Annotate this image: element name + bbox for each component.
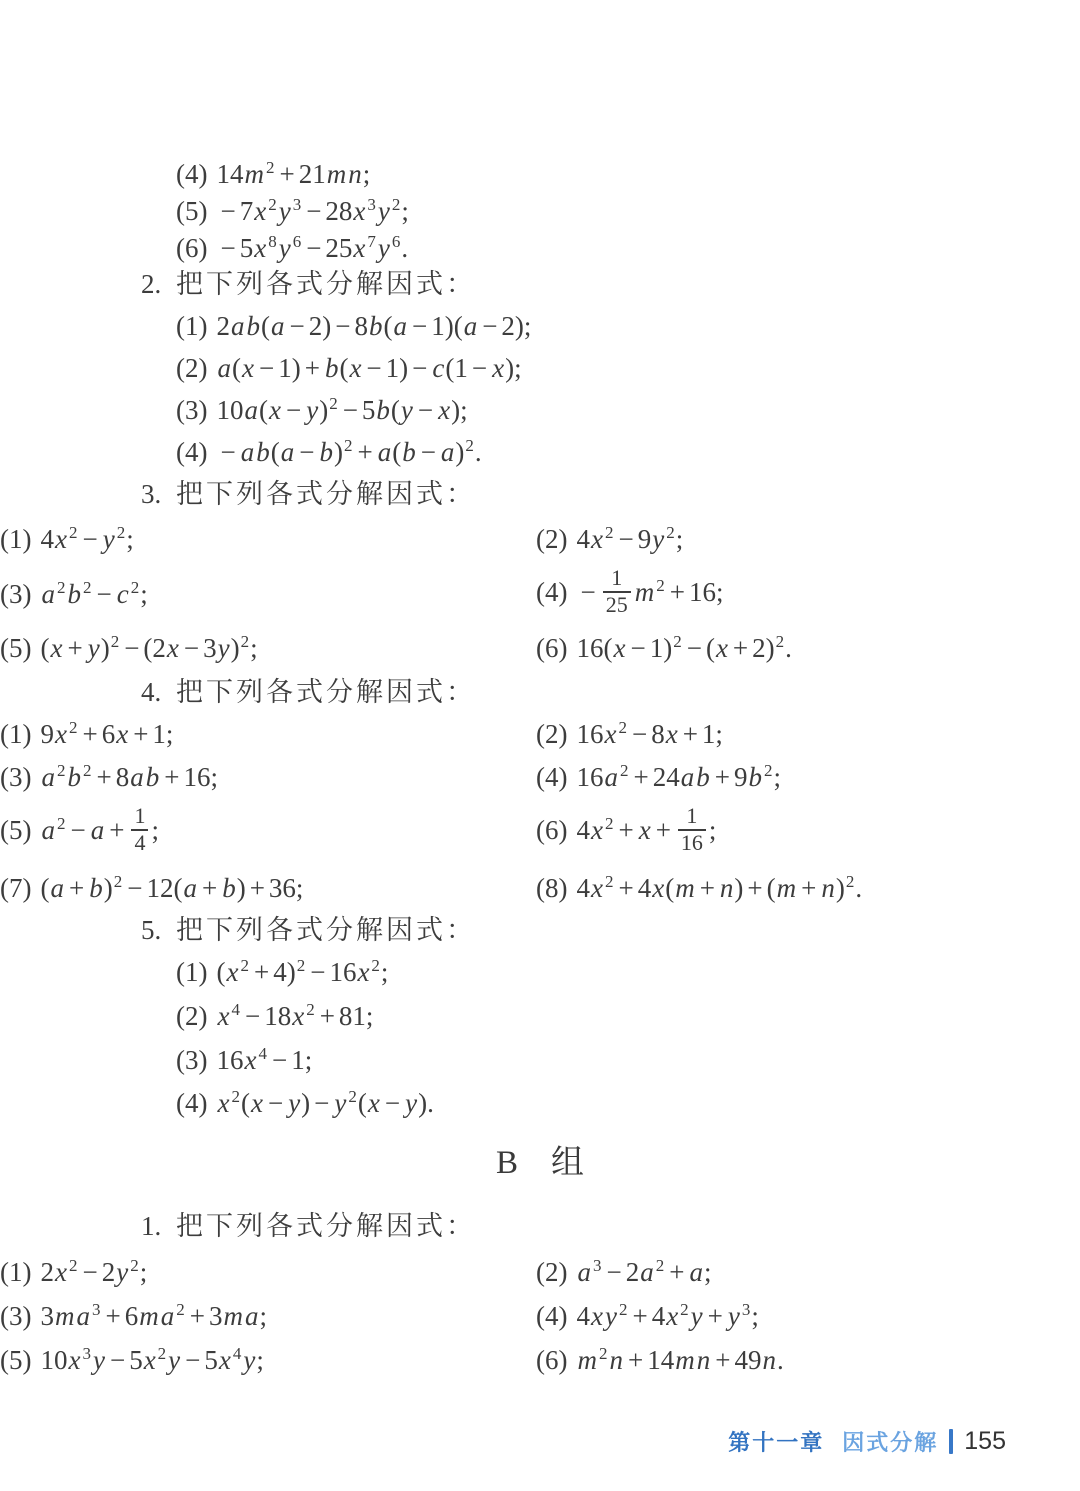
math-expression: a3−2a2+a; bbox=[576, 1257, 711, 1287]
superscript: 2 bbox=[158, 1344, 167, 1363]
superscript: 3 bbox=[742, 1300, 751, 1319]
problem-heading: 2.把下列各式分解因式： bbox=[0, 264, 1080, 306]
problem-1-items: (4)14m2+21mn;(5)−7x2y3−28x3y2;(6)−5x8y6−… bbox=[0, 156, 1080, 267]
operator: + bbox=[105, 1301, 120, 1331]
exercise-row: (5)a2−a+14;(6)4x2+x+116; bbox=[0, 800, 1080, 866]
superscript: 2 bbox=[57, 814, 66, 833]
superscript: 4 bbox=[258, 1044, 267, 1063]
math-expression: m2n+14mn+49n. bbox=[576, 1345, 783, 1375]
item-label: (1) bbox=[176, 311, 207, 341]
math-expression: 2x2−2y2; bbox=[40, 1257, 147, 1287]
item-label: (5) bbox=[0, 633, 31, 663]
superscript: 2 bbox=[83, 761, 92, 780]
math-expression: a2b2−c2; bbox=[40, 579, 147, 609]
exercise-item: (4)−125m2+16; bbox=[536, 569, 723, 620]
footer-divider-bar bbox=[949, 1429, 953, 1454]
operator: − bbox=[96, 579, 111, 609]
fraction-denominator: 16 bbox=[678, 829, 706, 856]
operator: − bbox=[306, 233, 321, 263]
operator: + bbox=[618, 873, 633, 903]
exercise-row: (1)(x2+4)2−16x2; bbox=[0, 951, 1080, 995]
operator: − bbox=[259, 353, 274, 383]
exercise-item: (4)14m2+21mn; bbox=[176, 160, 370, 190]
exercise-row: (4)−ab(a−b)2+a(b−a)2. bbox=[0, 432, 1080, 474]
exercise-item: (5)10x3y−5x2y−5x4y; bbox=[0, 1346, 264, 1376]
superscript: 2 bbox=[348, 1087, 357, 1106]
operator: + bbox=[69, 873, 84, 903]
fraction-denominator: 25 bbox=[603, 591, 631, 618]
operator: + bbox=[683, 719, 698, 749]
item-label: (7) bbox=[0, 873, 31, 903]
superscript: 4 bbox=[231, 1000, 240, 1019]
exercise-row: (3)a2b2−c2;(4)−125m2+16; bbox=[0, 563, 1080, 626]
exercise-item: (1)9x2+6x+1; bbox=[0, 720, 173, 750]
exercise-item: (7)(a+b)2−12(a+b)+36; bbox=[0, 874, 303, 904]
math-expression: 2ab(a−2)−8b(a−1)(a−2); bbox=[216, 311, 531, 341]
superscript: 2 bbox=[176, 1300, 185, 1319]
operator: − bbox=[82, 524, 97, 554]
exercise-item: (2)16x2−8x+1; bbox=[536, 720, 723, 750]
math-expression: 10a(x−y)2−5b(y−x); bbox=[216, 395, 467, 425]
group-b-problem-1: 1.把下列各式分解因式：(1)2x2−2y2;(2)a3−2a2+a;(3)3m… bbox=[0, 1203, 1080, 1383]
superscript: 2 bbox=[57, 578, 66, 597]
superscript: 2 bbox=[666, 523, 675, 542]
superscript: 2 bbox=[392, 195, 401, 214]
footer-chapter-title: 第十一章 bbox=[728, 1426, 824, 1457]
superscript: 2 bbox=[673, 632, 682, 651]
item-label: (1) bbox=[0, 1257, 31, 1287]
problem-number: 4. bbox=[141, 678, 176, 708]
superscript: 3 bbox=[82, 1344, 91, 1363]
math-expression: 10x3y−5x2y−5x4y; bbox=[40, 1345, 263, 1375]
operator: + bbox=[67, 633, 82, 663]
item-label: (2) bbox=[536, 719, 567, 749]
operator: + bbox=[715, 762, 730, 792]
math-expression: −7x2y3−28x3y2; bbox=[216, 196, 408, 226]
item-label: (5) bbox=[0, 815, 31, 845]
superscript: 2 bbox=[465, 436, 474, 455]
superscript: 6 bbox=[293, 232, 302, 251]
problem-heading: 4.把下列各式分解因式： bbox=[0, 672, 1080, 713]
item-label: (6) bbox=[536, 815, 567, 845]
math-expression: 4x2+4x(m+n)+(m+n)2. bbox=[576, 873, 862, 903]
operator: − bbox=[289, 311, 304, 341]
operator: − bbox=[618, 524, 633, 554]
operator: − bbox=[220, 437, 235, 467]
operator: − bbox=[245, 1001, 260, 1031]
fraction-numerator: 1 bbox=[683, 804, 700, 829]
exercise-item: (3)16x4−1; bbox=[176, 1046, 312, 1076]
item-label: (6) bbox=[536, 633, 567, 663]
math-expression: 16x2−8x+1; bbox=[576, 719, 722, 749]
item-label: (3) bbox=[0, 1301, 31, 1331]
operator: − bbox=[412, 311, 427, 341]
problem-number: 3. bbox=[141, 480, 176, 510]
operator: − bbox=[184, 633, 199, 663]
exercise-item: (4)−ab(a−b)2+a(b−a)2. bbox=[176, 438, 482, 468]
operator: + bbox=[633, 762, 648, 792]
exercise-row: (5)10x3y−5x2y−5x4y;(6)m2n+14mn+49n. bbox=[0, 1339, 1080, 1383]
superscript: 2 bbox=[131, 578, 140, 597]
math-expression: 4x2−9y2; bbox=[576, 524, 683, 554]
math-expression: a2b2+8ab+16; bbox=[40, 762, 217, 792]
exercise-row: (7)(a+b)2−12(a+b)+36;(8)4x2+4x(m+n)+(m+n… bbox=[0, 866, 1080, 911]
item-label: (6) bbox=[536, 1345, 567, 1375]
math-expression: 4xy2+4x2y+y3; bbox=[576, 1301, 758, 1331]
item-label: (3) bbox=[176, 1045, 207, 1075]
math-expression: x4−18x2+81; bbox=[216, 1001, 373, 1031]
textbook-page: (4)14m2+21mn;(5)−7x2y3−28x3y2;(6)−5x8y6−… bbox=[0, 0, 1080, 1491]
operator: − bbox=[220, 196, 235, 226]
superscript: 2 bbox=[57, 761, 66, 780]
operator: + bbox=[82, 719, 97, 749]
operator: + bbox=[190, 1301, 205, 1331]
math-expression: a2−a+14; bbox=[40, 815, 158, 845]
exercise-row: (1)9x2+6x+1;(2)16x2−8x+1; bbox=[0, 713, 1080, 756]
operator: − bbox=[286, 395, 301, 425]
fraction-denominator: 4 bbox=[131, 829, 148, 856]
superscript: 2 bbox=[241, 632, 250, 651]
math-expression: −ab(a−b)2+a(b−a)2. bbox=[216, 437, 481, 467]
superscript: 2 bbox=[618, 718, 627, 737]
superscript: 2 bbox=[605, 523, 614, 542]
superscript: 2 bbox=[619, 1300, 628, 1319]
superscript: 2 bbox=[764, 761, 773, 780]
exercise-item: (1)(x2+4)2−16x2; bbox=[176, 958, 388, 988]
superscript: 3 bbox=[293, 195, 302, 214]
operator: + bbox=[279, 159, 294, 189]
superscript: 2 bbox=[605, 814, 614, 833]
operator: + bbox=[618, 815, 633, 845]
operator: − bbox=[272, 1045, 287, 1075]
superscript: 2 bbox=[344, 436, 353, 455]
superscript: 2 bbox=[130, 1256, 139, 1275]
item-label: (2) bbox=[176, 353, 207, 383]
exercise-row: (2)a(x−1)+b(x−1)−c(1−x); bbox=[0, 348, 1080, 390]
group-b-heading: B 组 bbox=[0, 1136, 1080, 1183]
operator: + bbox=[96, 762, 111, 792]
superscript: 6 bbox=[392, 232, 401, 251]
operator: − bbox=[630, 633, 645, 663]
problem-5: 5.把下列各式分解因式：(1)(x2+4)2−16x2;(2)x4−18x2+8… bbox=[0, 911, 1080, 1125]
superscript: 2 bbox=[306, 1000, 315, 1019]
problem-prompt: 把下列各式分解因式： bbox=[176, 916, 476, 946]
exercise-row: (1)4x2−y2;(2)4x2−9y2; bbox=[0, 516, 1080, 563]
math-expression: 16a2+24ab+9b2; bbox=[576, 762, 780, 792]
operator: + bbox=[747, 873, 762, 903]
problem-heading: 5.把下列各式分解因式： bbox=[0, 911, 1080, 951]
item-label: (4) bbox=[536, 1301, 567, 1331]
exercise-item: (6)4x2+x+116; bbox=[536, 807, 716, 858]
operator: + bbox=[164, 762, 179, 792]
problem-number: 1. bbox=[141, 1212, 176, 1242]
math-expression: x2(x−y)−y2(x−y). bbox=[216, 1088, 433, 1118]
superscript: 2 bbox=[114, 872, 123, 891]
problem-4: 4.把下列各式分解因式：(1)9x2+6x+1;(2)16x2−8x+1;(3)… bbox=[0, 672, 1080, 911]
superscript: 2 bbox=[297, 956, 306, 975]
problem-prompt: 把下列各式分解因式： bbox=[176, 270, 476, 300]
fraction: 125 bbox=[603, 566, 631, 617]
operator: − bbox=[110, 1345, 125, 1375]
operator: − bbox=[127, 873, 142, 903]
superscript: 2 bbox=[266, 158, 275, 177]
exercise-item: (2)a3−2a2+a; bbox=[536, 1258, 711, 1288]
exercise-item: (3)a2b2+8ab+16; bbox=[0, 763, 218, 793]
exercise-item: (1)2x2−2y2; bbox=[0, 1258, 147, 1288]
operator: − bbox=[70, 815, 85, 845]
math-expression: 4x2−y2; bbox=[40, 524, 133, 554]
item-label: (1) bbox=[176, 957, 207, 987]
superscript: 4 bbox=[233, 1344, 242, 1363]
superscript: 2 bbox=[599, 1344, 608, 1363]
exercise-item: (8)4x2+4x(m+n)+(m+n)2. bbox=[536, 874, 862, 904]
operator: + bbox=[305, 353, 320, 383]
operator: + bbox=[801, 873, 816, 903]
exercise-row: (3)10a(x−y)2−5b(y−x); bbox=[0, 390, 1080, 432]
operator: − bbox=[472, 353, 487, 383]
math-expression: 14m2+21mn; bbox=[216, 159, 370, 189]
math-expression: a(x−1)+b(x−1)−c(1−x); bbox=[216, 353, 521, 383]
math-expression: (x+y)2−(2x−3y)2; bbox=[40, 633, 257, 663]
item-label: (4) bbox=[176, 159, 207, 189]
superscript: 2 bbox=[111, 632, 120, 651]
footer-section-title: 因式分解 bbox=[842, 1426, 938, 1457]
operator: + bbox=[656, 815, 671, 845]
operator: + bbox=[708, 1301, 723, 1331]
exercise-row: (5)(x+y)2−(2x−3y)2;(6)16(x−1)2−(x+2)2. bbox=[0, 626, 1080, 671]
exercise-item: (3)10a(x−y)2−5b(y−x); bbox=[176, 396, 468, 426]
superscript: 3 bbox=[593, 1256, 602, 1275]
math-expression: 16x4−1; bbox=[216, 1045, 312, 1075]
problem-number: 2. bbox=[141, 270, 176, 300]
exercise-item: (1)2ab(a−2)−8b(a−1)(a−2); bbox=[176, 312, 531, 342]
superscript: 3 bbox=[367, 195, 376, 214]
problem-number: 5. bbox=[141, 916, 176, 946]
exercise-item: (2)4x2−9y2; bbox=[536, 525, 683, 555]
exercise-item: (6)16(x−1)2−(x+2)2. bbox=[536, 634, 792, 664]
superscript: 2 bbox=[117, 523, 126, 542]
operator: − bbox=[580, 577, 595, 607]
operator: + bbox=[202, 873, 217, 903]
superscript: 8 bbox=[268, 232, 277, 251]
operator: − bbox=[606, 1257, 621, 1287]
operator: + bbox=[632, 1301, 647, 1331]
math-expression: 3ma3+6ma2+3ma; bbox=[40, 1301, 266, 1331]
operator: − bbox=[366, 353, 381, 383]
operator: − bbox=[306, 196, 321, 226]
item-label: (8) bbox=[536, 873, 567, 903]
exercise-row: (3)16x4−1; bbox=[0, 1039, 1080, 1082]
problem-heading: 1.把下列各式分解因式： bbox=[0, 1203, 1080, 1251]
operator: − bbox=[343, 395, 358, 425]
item-label: (3) bbox=[176, 395, 207, 425]
problem-3: 3.把下列各式分解因式：(1)4x2−y2;(2)4x2−9y2;(3)a2b2… bbox=[0, 474, 1080, 671]
operator: + bbox=[320, 1001, 335, 1031]
exercise-row: (2)x4−18x2+81; bbox=[0, 995, 1080, 1039]
problem-prompt: 把下列各式分解因式： bbox=[176, 480, 476, 510]
page-footer: 第十一章 因式分解 155 bbox=[728, 1427, 1006, 1455]
exercise-row: (3)3ma3+6ma2+3ma;(4)4xy2+4x2y+y3; bbox=[0, 1295, 1080, 1339]
operator: − bbox=[268, 1088, 283, 1118]
operator: − bbox=[185, 1345, 200, 1375]
superscript: 2 bbox=[846, 872, 855, 891]
superscript: 2 bbox=[83, 578, 92, 597]
superscript: 2 bbox=[656, 576, 665, 595]
superscript: 2 bbox=[371, 956, 380, 975]
problem-prompt: 把下列各式分解因式： bbox=[176, 1212, 476, 1242]
operator: − bbox=[314, 1088, 329, 1118]
exercise-item: (6)−5x8y6−25x7y6. bbox=[176, 234, 408, 264]
superscript: 7 bbox=[367, 232, 376, 251]
exercise-row: (6)−5x8y6−25x7y6. bbox=[0, 230, 1080, 267]
exercise-item: (5)−7x2y3−28x3y2; bbox=[176, 197, 409, 227]
math-expression: 4x2+x+116; bbox=[576, 815, 716, 845]
exercise-item: (2)a(x−1)+b(x−1)−c(1−x); bbox=[176, 354, 522, 384]
item-label: (2) bbox=[176, 1001, 207, 1031]
item-label: (3) bbox=[0, 579, 31, 609]
exercise-item: (2)x4−18x2+81; bbox=[176, 1002, 373, 1032]
item-label: (1) bbox=[0, 524, 31, 554]
math-expression: −5x8y6−25x7y6. bbox=[216, 233, 408, 263]
exercise-item: (5)a2−a+14; bbox=[0, 807, 159, 858]
operator: − bbox=[421, 437, 436, 467]
exercise-row: (1)2x2−2y2;(2)a3−2a2+a; bbox=[0, 1251, 1080, 1295]
superscript: 2 bbox=[231, 1087, 240, 1106]
operator: + bbox=[628, 1345, 643, 1375]
exercise-item: (4)4xy2+4x2y+y3; bbox=[536, 1302, 759, 1332]
superscript: 3 bbox=[92, 1300, 101, 1319]
superscript: 2 bbox=[69, 718, 78, 737]
item-label: (6) bbox=[176, 233, 207, 263]
operator: − bbox=[220, 233, 235, 263]
operator: + bbox=[109, 815, 124, 845]
item-label: (5) bbox=[0, 1345, 31, 1375]
operator: + bbox=[357, 437, 372, 467]
operator: − bbox=[687, 633, 702, 663]
exercise-row: (4)14m2+21mn; bbox=[0, 156, 1080, 193]
operator: − bbox=[335, 311, 350, 341]
superscript: 2 bbox=[656, 1256, 665, 1275]
exercise-item: (3)3ma3+6ma2+3ma; bbox=[0, 1302, 267, 1332]
operator: + bbox=[733, 633, 748, 663]
math-expression: (x2+4)2−16x2; bbox=[216, 957, 388, 987]
operator: − bbox=[418, 395, 433, 425]
operator: + bbox=[254, 957, 269, 987]
fraction: 14 bbox=[131, 804, 148, 855]
superscript: 2 bbox=[240, 956, 249, 975]
item-label: (4) bbox=[536, 577, 567, 607]
exercise-item: (6)m2n+14mn+49n. bbox=[536, 1346, 784, 1376]
operator: + bbox=[133, 719, 148, 749]
exercise-item: (1)4x2−y2; bbox=[0, 525, 134, 555]
superscript: 2 bbox=[69, 1256, 78, 1275]
operator: − bbox=[412, 353, 427, 383]
superscript: 2 bbox=[620, 761, 629, 780]
exercise-row: (1)2ab(a−2)−8b(a−1)(a−2); bbox=[0, 306, 1080, 348]
superscript: 2 bbox=[605, 872, 614, 891]
math-expression: 9x2+6x+1; bbox=[40, 719, 173, 749]
math-expression: (a+b)2−12(a+b)+36; bbox=[40, 873, 303, 903]
item-label: (2) bbox=[536, 1257, 567, 1287]
math-expression: −125m2+16; bbox=[576, 577, 723, 607]
fraction-numerator: 1 bbox=[608, 566, 625, 591]
exercise-row: (5)−7x2y3−28x3y2; bbox=[0, 193, 1080, 230]
math-expression: 16(x−1)2−(x+2)2. bbox=[576, 633, 791, 663]
operator: − bbox=[124, 633, 139, 663]
operator: − bbox=[310, 957, 325, 987]
fraction-numerator: 1 bbox=[131, 804, 148, 829]
item-label: (1) bbox=[0, 719, 31, 749]
problem-heading: 3.把下列各式分解因式： bbox=[0, 474, 1080, 516]
exercise-item: (4)16a2+24ab+9b2; bbox=[536, 763, 781, 793]
operator: − bbox=[482, 311, 497, 341]
fraction: 116 bbox=[678, 804, 706, 855]
page-number: 155 bbox=[964, 1427, 1006, 1456]
operator: + bbox=[250, 873, 265, 903]
superscript: 2 bbox=[680, 1300, 689, 1319]
problem-prompt: 把下列各式分解因式： bbox=[176, 678, 476, 708]
item-label: (3) bbox=[0, 762, 31, 792]
exercise-item: (3)a2b2−c2; bbox=[0, 580, 148, 610]
operator: − bbox=[385, 1088, 400, 1118]
superscript: 2 bbox=[69, 523, 78, 542]
exercise-row: (3)a2b2+8ab+16;(4)16a2+24ab+9b2; bbox=[0, 756, 1080, 800]
operator: − bbox=[299, 437, 314, 467]
item-label: (4) bbox=[176, 1088, 207, 1118]
operator: + bbox=[669, 1257, 684, 1287]
operator: + bbox=[670, 577, 685, 607]
operator: − bbox=[632, 719, 647, 749]
exercise-row: (4)x2(x−y)−y2(x−y). bbox=[0, 1082, 1080, 1125]
item-label: (4) bbox=[176, 437, 207, 467]
superscript: 2 bbox=[329, 394, 338, 413]
operator: − bbox=[82, 1257, 97, 1287]
operator: + bbox=[715, 1345, 730, 1375]
exercise-item: (4)x2(x−y)−y2(x−y). bbox=[176, 1089, 434, 1119]
problem-2: 2.把下列各式分解因式：(1)2ab(a−2)−8b(a−1)(a−2);(2)… bbox=[0, 264, 1080, 474]
superscript: 2 bbox=[268, 195, 277, 214]
item-label: (2) bbox=[536, 524, 567, 554]
item-label: (4) bbox=[536, 762, 567, 792]
item-label: (5) bbox=[176, 196, 207, 226]
superscript: 2 bbox=[776, 632, 785, 651]
operator: + bbox=[700, 873, 715, 903]
exercise-item: (5)(x+y)2−(2x−3y)2; bbox=[0, 634, 258, 664]
